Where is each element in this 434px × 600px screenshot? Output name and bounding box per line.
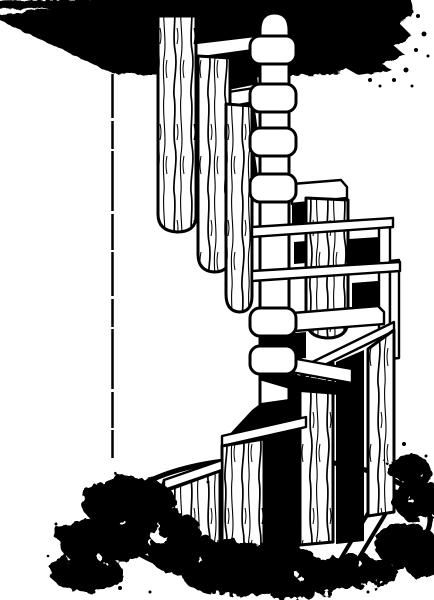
spiral-staircase-illustration: Wooden spiral staircase — black-and-whit… (0, 0, 434, 600)
plank (368, 330, 394, 516)
plank (222, 439, 264, 551)
sleeve-collar (250, 128, 296, 156)
sleeve-collar (250, 346, 296, 374)
staircase-drawing: Wooden spiral staircase — black-and-whit… (0, 0, 434, 600)
hanging-plank (226, 104, 252, 312)
sleeve-collar (250, 36, 296, 64)
sleeve-collar (250, 84, 296, 112)
hanging-plank (158, 16, 196, 232)
sleeve-collar (250, 308, 296, 336)
sleeve-collar (250, 174, 296, 202)
